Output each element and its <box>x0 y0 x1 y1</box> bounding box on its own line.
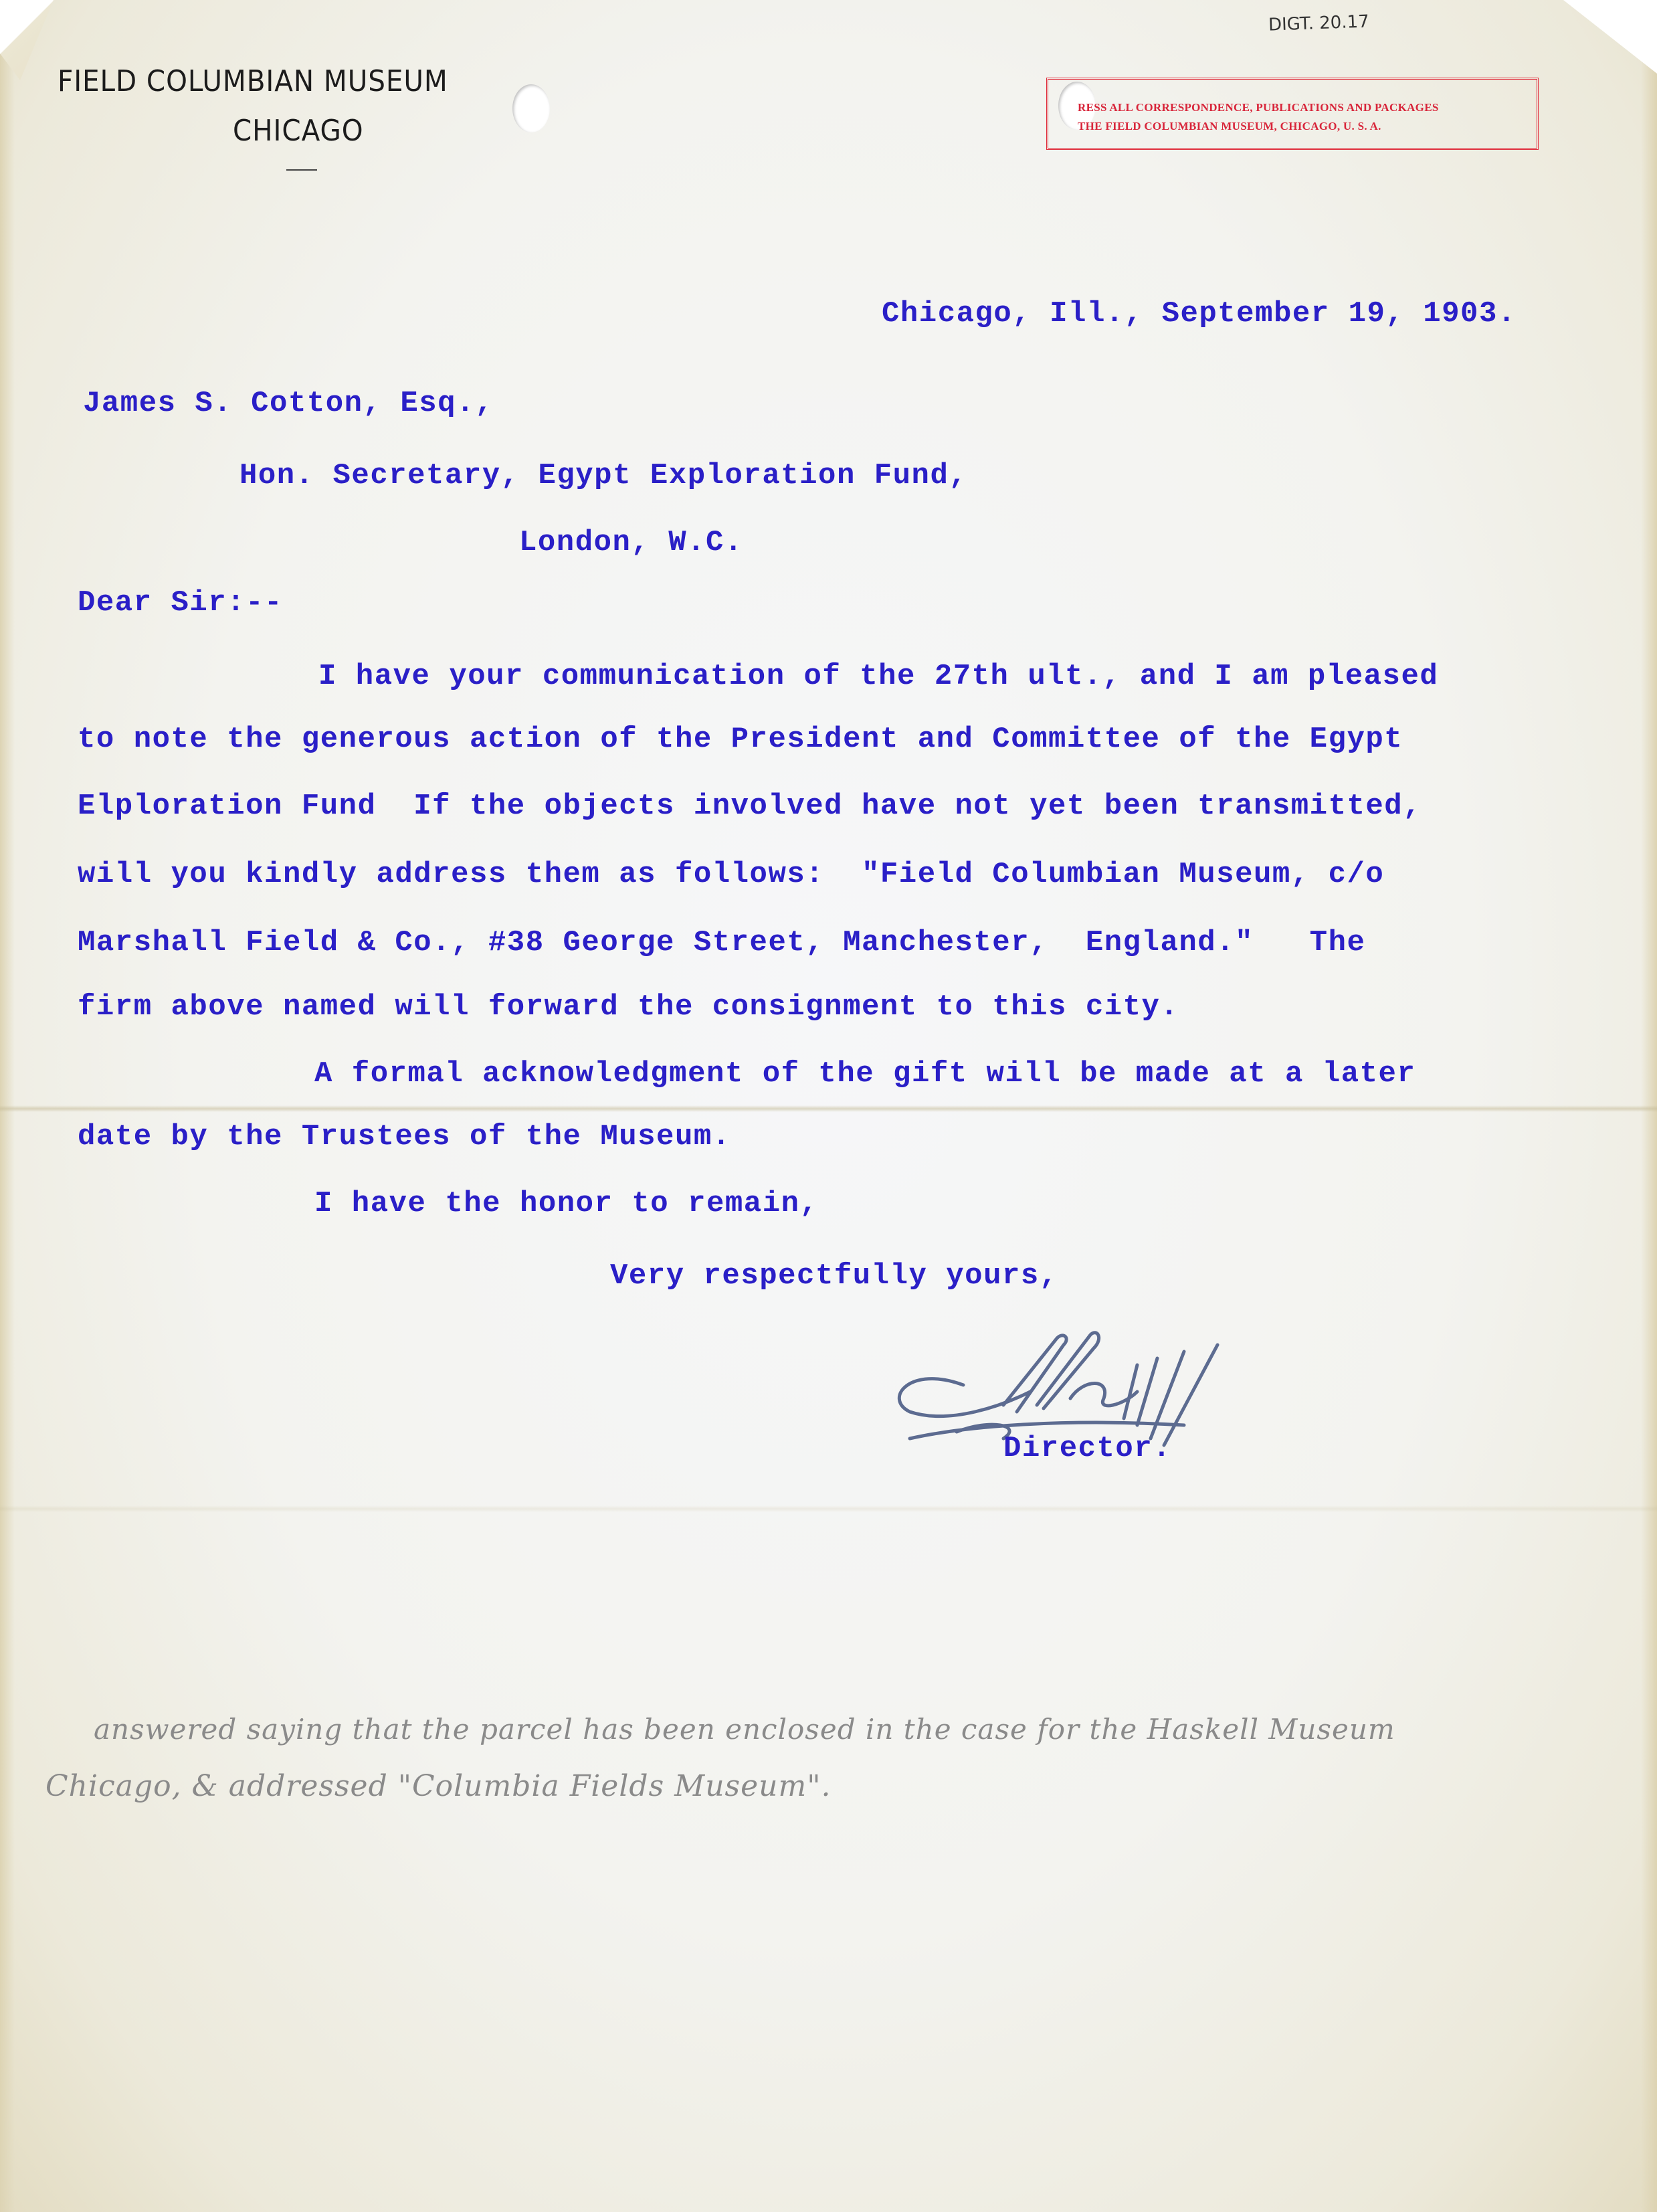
body-line: date by the Trustees of the Museum. <box>78 1120 731 1154</box>
body-line: to note the generous action of the Presi… <box>78 723 1403 756</box>
torn-corner <box>1563 0 1657 74</box>
body-line: firm above named will forward the consig… <box>78 990 1179 1024</box>
dateline: Chicago, Ill., September 19, 1903. <box>882 297 1517 331</box>
handwritten-note-line-2: Chicago, & addressed "Columbia Fields Mu… <box>45 1769 831 1803</box>
body-line: A formal acknowledgment of the gift will… <box>314 1057 1416 1091</box>
closing-line: Very respectfully yours, <box>610 1259 1058 1293</box>
fold-crease <box>0 1505 1657 1512</box>
handwritten-note-line-1: answered saying that the parcel has been… <box>94 1713 1395 1746</box>
letterhead-city: CHICAGO <box>233 114 364 148</box>
recipient-name: James S. Cotton, Esq., <box>83 387 494 420</box>
fold-crease <box>0 1105 1657 1112</box>
signer-title: Director. <box>1003 1432 1171 1465</box>
stamp-line-2: THE FIELD COLUMBIAN MUSEUM, CHICAGO, U. … <box>1078 117 1537 136</box>
letterhead-institution: FIELD COLUMBIAN MUSEUM <box>58 64 448 98</box>
body-line: I have your communication of the 27th ul… <box>318 660 1438 693</box>
letter-page: DIGT. 20.17 FIELD COLUMBIAN MUSEUM CHICA… <box>0 0 1657 2212</box>
closing-line: I have the honor to remain, <box>314 1187 818 1220</box>
recipient-location: London, W.C. <box>519 526 743 559</box>
body-line: Elploration Fund If the objects involved… <box>78 790 1422 823</box>
body-line: Marshall Field & Co., #38 George Street,… <box>78 926 1365 959</box>
archive-reference-note: DIGT. 20.17 <box>1268 11 1370 35</box>
address-stamp: RESS ALL CORRESPONDENCE, PUBLICATIONS AN… <box>1046 78 1539 150</box>
recipient-title: Hon. Secretary, Egypt Exploration Fund, <box>239 459 967 492</box>
punch-hole <box>512 84 550 132</box>
salutation: Dear Sir:-- <box>78 586 283 620</box>
letterhead-rule <box>286 169 317 171</box>
stamp-line-1: RESS ALL CORRESPONDENCE, PUBLICATIONS AN… <box>1078 98 1537 117</box>
body-line: will you kindly address them as follows:… <box>78 858 1384 891</box>
